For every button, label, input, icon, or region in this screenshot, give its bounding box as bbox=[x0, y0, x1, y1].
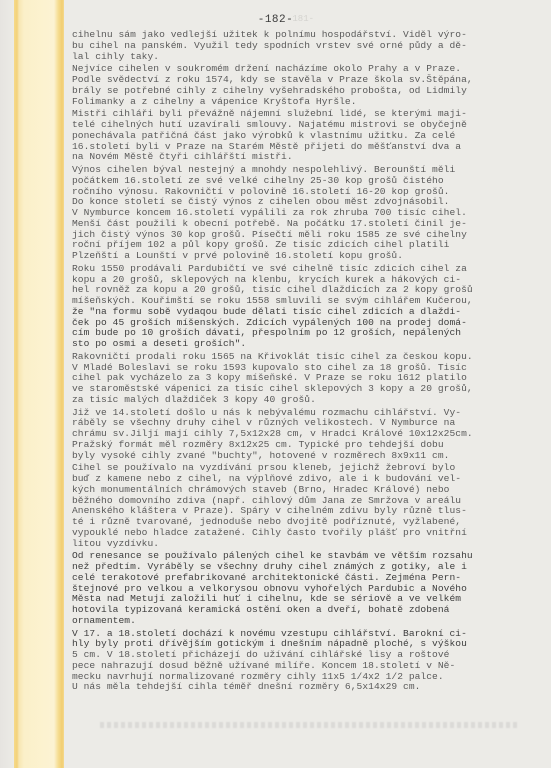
paragraph: cihelnu sám jako vedlejší užitek k polní… bbox=[72, 30, 542, 62]
paragraph: V 17. a 18.století dochází k novému vzes… bbox=[72, 629, 542, 694]
text-line: byly vysoké cihly zvané "buchty", hotove… bbox=[72, 451, 542, 462]
text-line: Plzeňští a Lounští v prvé polovině 16.st… bbox=[72, 251, 542, 262]
text-line: hotovila typizovaná keramická ostění oke… bbox=[72, 605, 542, 616]
text-line: litou vyzdívku. bbox=[72, 539, 542, 550]
text-line: Menší část použili k obecní potřebě. Na … bbox=[72, 219, 542, 230]
paragraph: Od renesance se používalo pálených cihel… bbox=[72, 551, 542, 626]
text-line: vypouklé nebo hladce zatažené. Cihly čas… bbox=[72, 528, 542, 539]
show-through-text bbox=[100, 722, 520, 728]
paragraph: Roku 1550 prodávali Pardubičtí ve své ci… bbox=[72, 264, 542, 350]
text-line: sto po osmi a deseti groších". bbox=[72, 339, 542, 350]
text-line: pece nahrazují dosud běžně užívané milíř… bbox=[72, 661, 542, 672]
scan-edge bbox=[0, 0, 14, 768]
text-line: celé terakotové prefabrikované architekt… bbox=[72, 573, 542, 584]
text-line: za tisíc malých dlaždiček 3 kopy 40 groš… bbox=[72, 395, 542, 406]
paragraph: Cihel se používalo na vyzdívání prsou kl… bbox=[72, 463, 542, 549]
text-line: U nás měla tehdejší cihla téměř dnešní r… bbox=[72, 682, 542, 693]
text-line: ornamentem. bbox=[72, 616, 542, 627]
text-line: lal cihly taky. bbox=[72, 52, 542, 63]
text-line: na Novém Městě čtyři cihlářští mistři. bbox=[72, 152, 542, 163]
text-line: bu cihel na panském. Využil tedy spodníc… bbox=[72, 41, 542, 52]
paragraph: Výnos cihelen býval nestejný a mnohdy ne… bbox=[72, 165, 542, 262]
paragraph: Rakovničtí prodali roku 1565 na Křivoklá… bbox=[72, 352, 542, 406]
text-line: Pražský formát měl rozměry 8x12x25 cm. T… bbox=[72, 440, 542, 451]
text-line: Rakovničtí prodali roku 1565 na Křivoklá… bbox=[72, 352, 542, 363]
text-line: počátkem 16.století ze své velké cihelny… bbox=[72, 176, 542, 187]
text-line: že "na formu sobě vydaqou bude dělati ti… bbox=[72, 307, 542, 318]
text-line: Roku 1550 prodávali Pardubičtí ve své ci… bbox=[72, 264, 542, 275]
text-line: brály se potřebné cihly z cihelny vyšehr… bbox=[72, 86, 542, 97]
paragraph: Již ve 14.století došlo u nás k nebývalé… bbox=[72, 408, 542, 462]
paragraph: Mistři cihláři byli převážně nájemní slu… bbox=[72, 109, 542, 163]
text-line: ponechávala patřičná část jako výrobků k… bbox=[72, 131, 542, 142]
document-body: cihelnu sám jako vedlejší užitek k polní… bbox=[72, 30, 542, 693]
page-number: -182- bbox=[0, 14, 551, 26]
paragraph: Nejvíce cihelen v soukromém držení nachá… bbox=[72, 64, 542, 107]
text-line: kých monumentálních chrámových staveb (B… bbox=[72, 485, 542, 496]
text-line: Folimanky a z cihelny a vápenice Kryštof… bbox=[72, 97, 542, 108]
binding-tape-strip bbox=[14, 0, 64, 768]
